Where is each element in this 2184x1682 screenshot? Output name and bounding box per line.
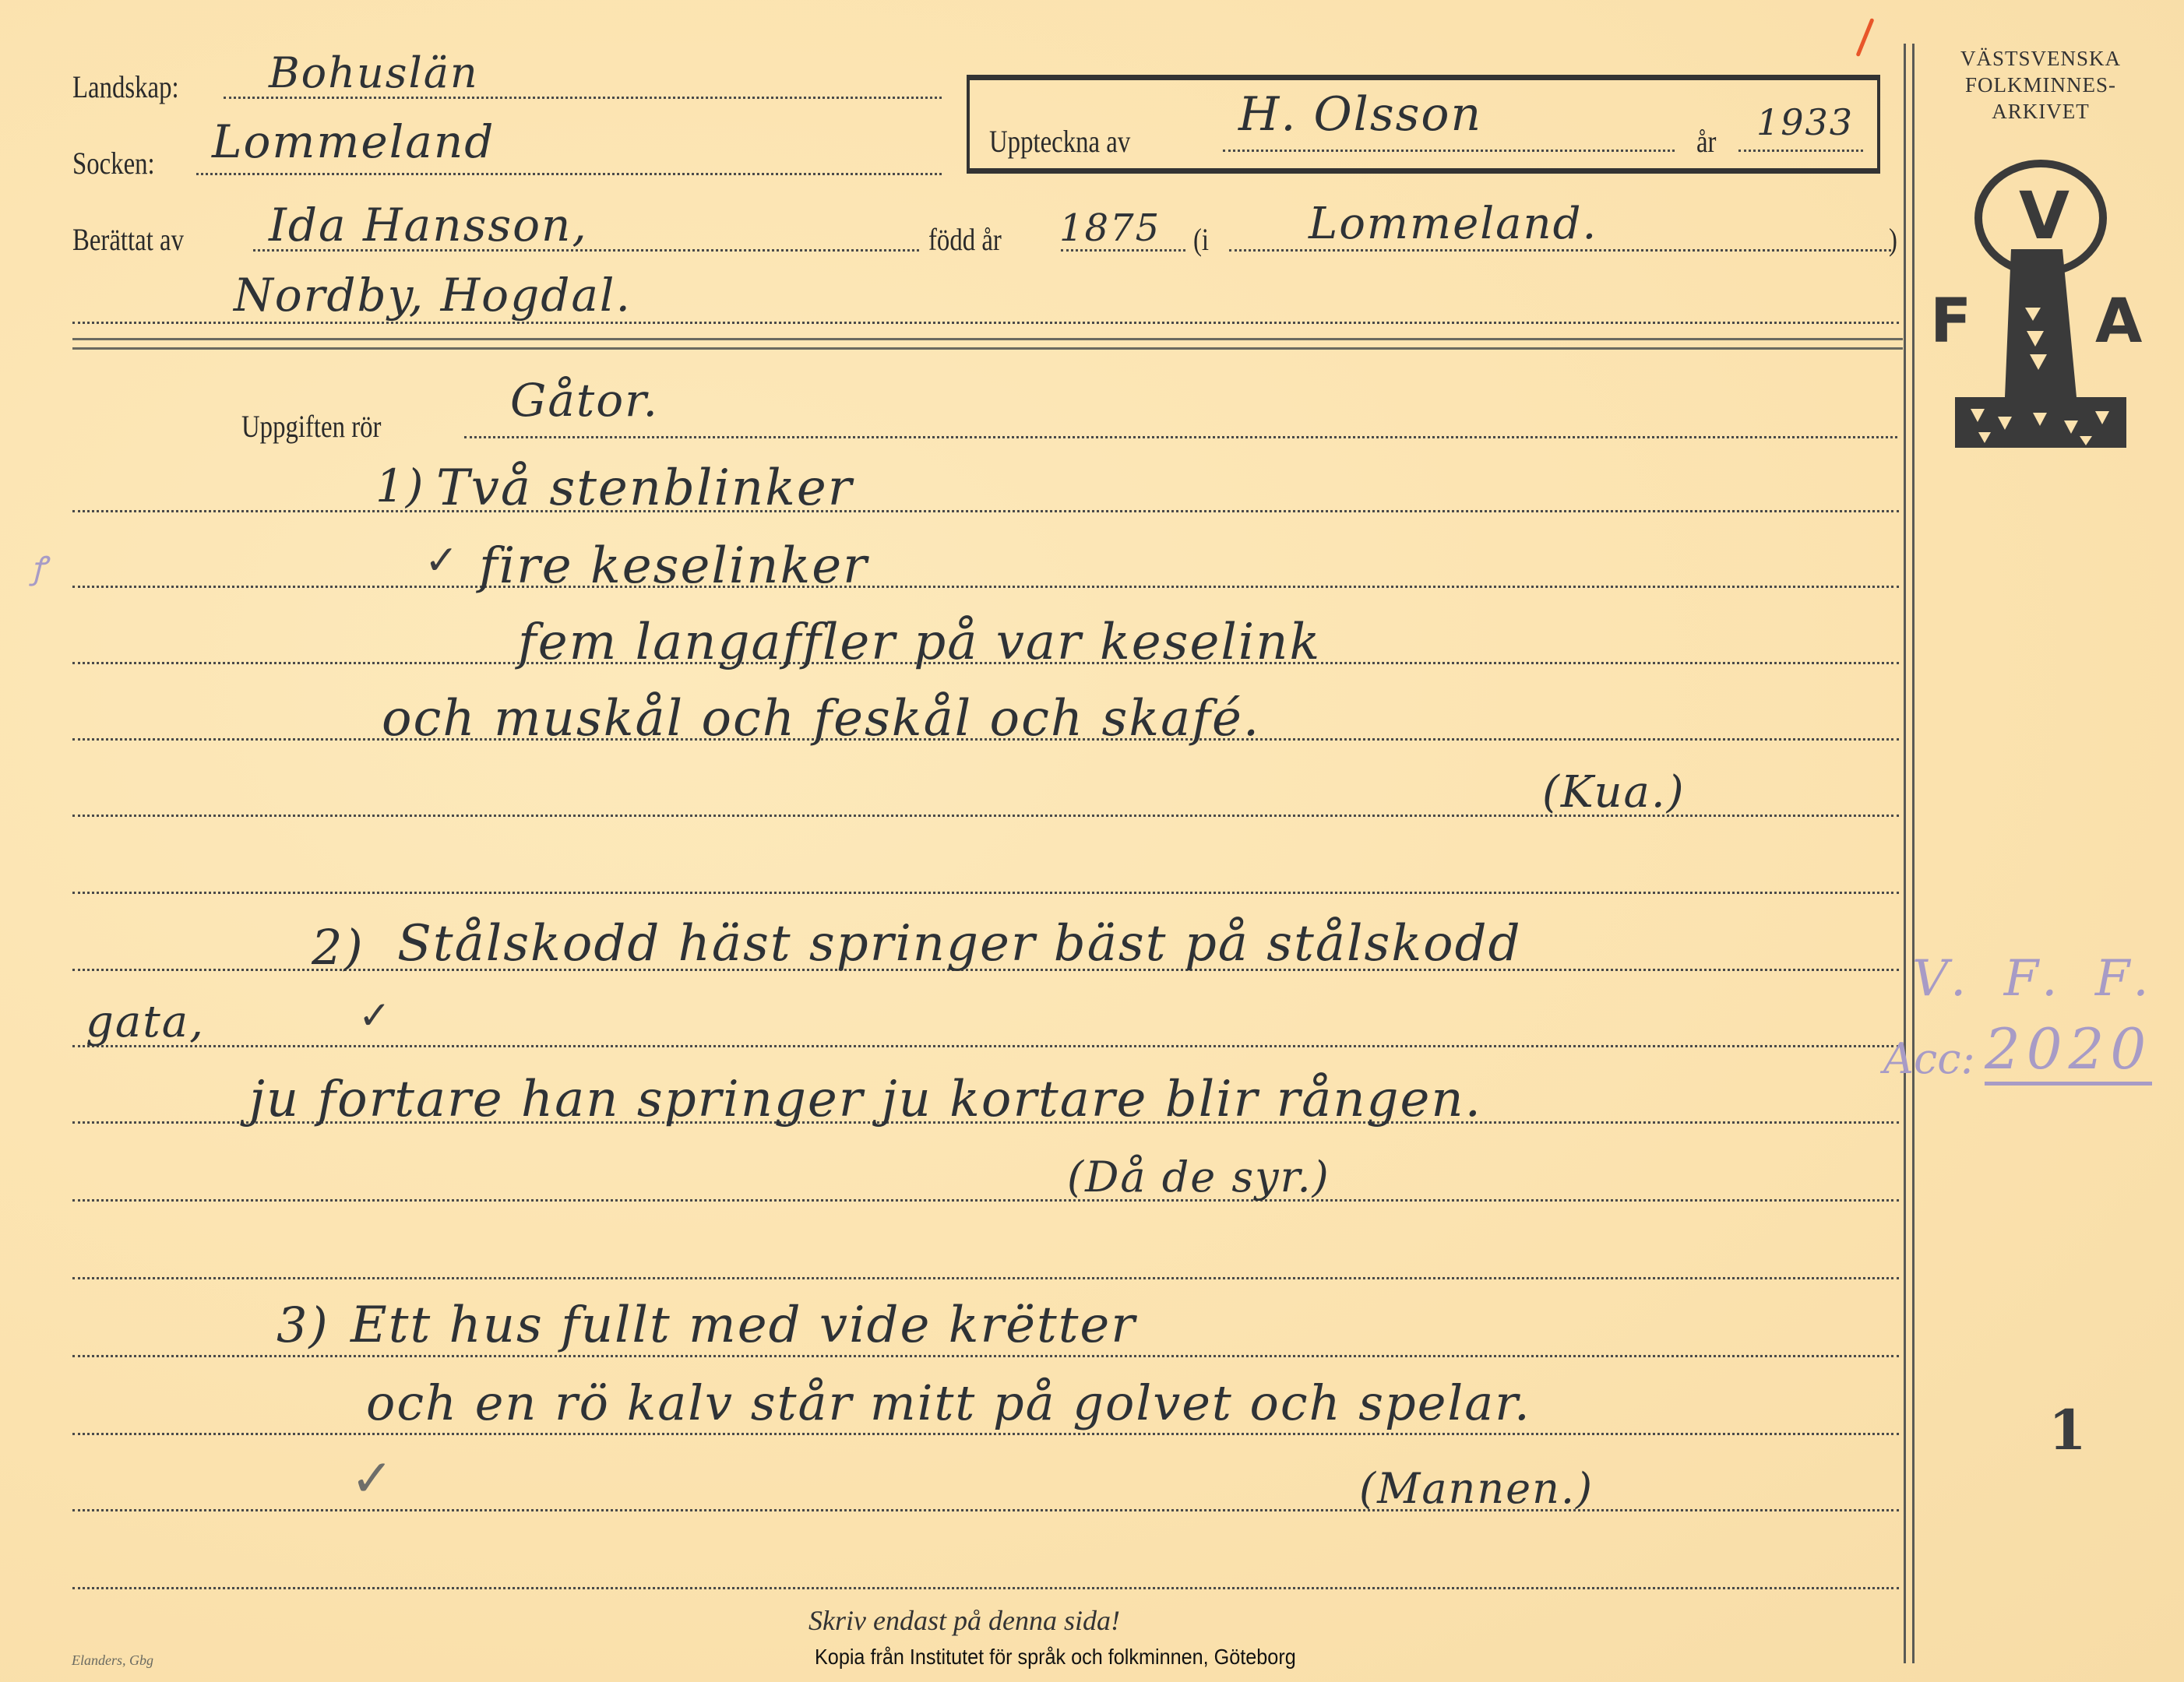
fodd-i-label: (i: [1193, 221, 1209, 258]
socken-label: Socken:: [72, 145, 155, 181]
logo-monogram-f: F: [1930, 287, 1971, 357]
riddle-line: och en rö kalv står mitt på golvet och s…: [366, 1374, 1531, 1431]
riddle-line: och muskål och feskål och skafé.: [382, 690, 1260, 748]
ar-value: 1933: [1756, 101, 1854, 143]
fodd-close-paren: ): [1889, 221, 1897, 258]
riddle-number: 1): [375, 459, 425, 512]
riddle-line: Två stenblinker: [436, 459, 853, 517]
fodd-ar-value: 1875: [1059, 206, 1161, 250]
fodd-ar-label: född år: [928, 221, 1002, 258]
writing-line: [72, 586, 1899, 588]
riddle-line: Ett hus fullt med vide krëtter: [350, 1297, 1136, 1354]
riddle-line: fire keselinker: [479, 537, 868, 595]
upptecknat-value: H. Olsson: [1238, 87, 1482, 142]
socken-value: Lommeland: [212, 115, 495, 168]
riddle-answer: (Mannen.): [1359, 1464, 1594, 1513]
margin-rule-right: [1912, 44, 1915, 1663]
upptecknat-field-line: [1223, 150, 1675, 152]
logo-monogram-a: A: [2095, 287, 2142, 357]
stamp-line1: V. F. F.: [1912, 950, 2160, 1008]
page-number: 1: [2048, 1398, 2087, 1462]
writing-line: [72, 510, 1899, 512]
riddle-line: gata,: [86, 997, 205, 1047]
writing-line: [72, 1045, 1899, 1047]
logo-text-line3: ARKIVET: [1924, 98, 2158, 125]
copy-notice: Kopia från Institutet för språk och folk…: [815, 1645, 1296, 1670]
berattat-av-label: Berättat av: [72, 221, 184, 258]
riddle-answer: (Då de syr.): [1067, 1152, 1330, 1202]
margin-rule-left: [1904, 44, 1906, 1663]
writing-line: [72, 1277, 1899, 1279]
berattat-av-value-line2: Nordby, Hogdal.: [234, 269, 632, 322]
upptecknat-label: Uppteckna av: [989, 123, 1130, 160]
uppgiften-ror-value: Gåtor.: [510, 374, 659, 427]
checkmark-icon: ✓: [358, 993, 391, 1038]
stamp-acc-label: Acc:: [1883, 1034, 1975, 1083]
landskap-value: Bohuslän: [269, 48, 479, 97]
writing-line: [72, 1355, 1899, 1357]
riddle-answer: (Kua.): [1542, 767, 1686, 818]
landskap-label: Landskap:: [72, 69, 179, 105]
writing-line: [72, 892, 1899, 894]
writing-line: [72, 1433, 1899, 1435]
riddle-number: 3): [277, 1297, 329, 1353]
uppgiften-ror-field-line: [464, 436, 1897, 438]
riddle-number: 2): [312, 919, 365, 976]
header-divider-top: [72, 338, 1903, 340]
red-pencil-mark: [1855, 18, 1874, 57]
writing-line: [72, 1199, 1899, 1202]
logo-text-line2: FOLKMINNES-: [1924, 72, 2158, 98]
fodd-i-value: Lommeland.: [1309, 199, 1597, 249]
riddle-line: fem langaffler på var keselink: [518, 614, 1321, 671]
checkmark-icon: ✓: [350, 1448, 393, 1508]
header-divider-bottom: [72, 347, 1903, 350]
margin-stamp-mark: ꝭ: [31, 545, 46, 588]
stamp-acc-number: 2020: [1985, 1016, 2152, 1086]
checkmark-icon: ✓: [424, 537, 459, 584]
riddle-line: ju fortare han springer ju kortare blir …: [249, 1071, 1482, 1128]
fodd-i-field-line: [1229, 249, 1891, 252]
writing-line: [72, 1509, 1899, 1511]
printer-imprint: Elanders, Gbg: [72, 1652, 153, 1669]
riddle-line: Stålskodd häst springer bäst på stålskod…: [397, 915, 1522, 973]
writing-line: [72, 1587, 1899, 1589]
socken-field-line: [196, 173, 942, 175]
uppgiften-ror-label: Uppgiften rör: [241, 408, 381, 445]
footer-instruction: Skriv endast på denna sida!: [808, 1604, 1120, 1637]
berattat-av-value-line1: Ida Hansson,: [269, 199, 588, 252]
berattat-av-field-line-2: [72, 322, 1899, 324]
logo-monogram-v: V: [2019, 178, 2070, 254]
ar-field-line: [1738, 150, 1863, 152]
logo-text-line1: VÄSTSVENSKA: [1924, 45, 2158, 72]
ar-label: år: [1696, 123, 1716, 160]
